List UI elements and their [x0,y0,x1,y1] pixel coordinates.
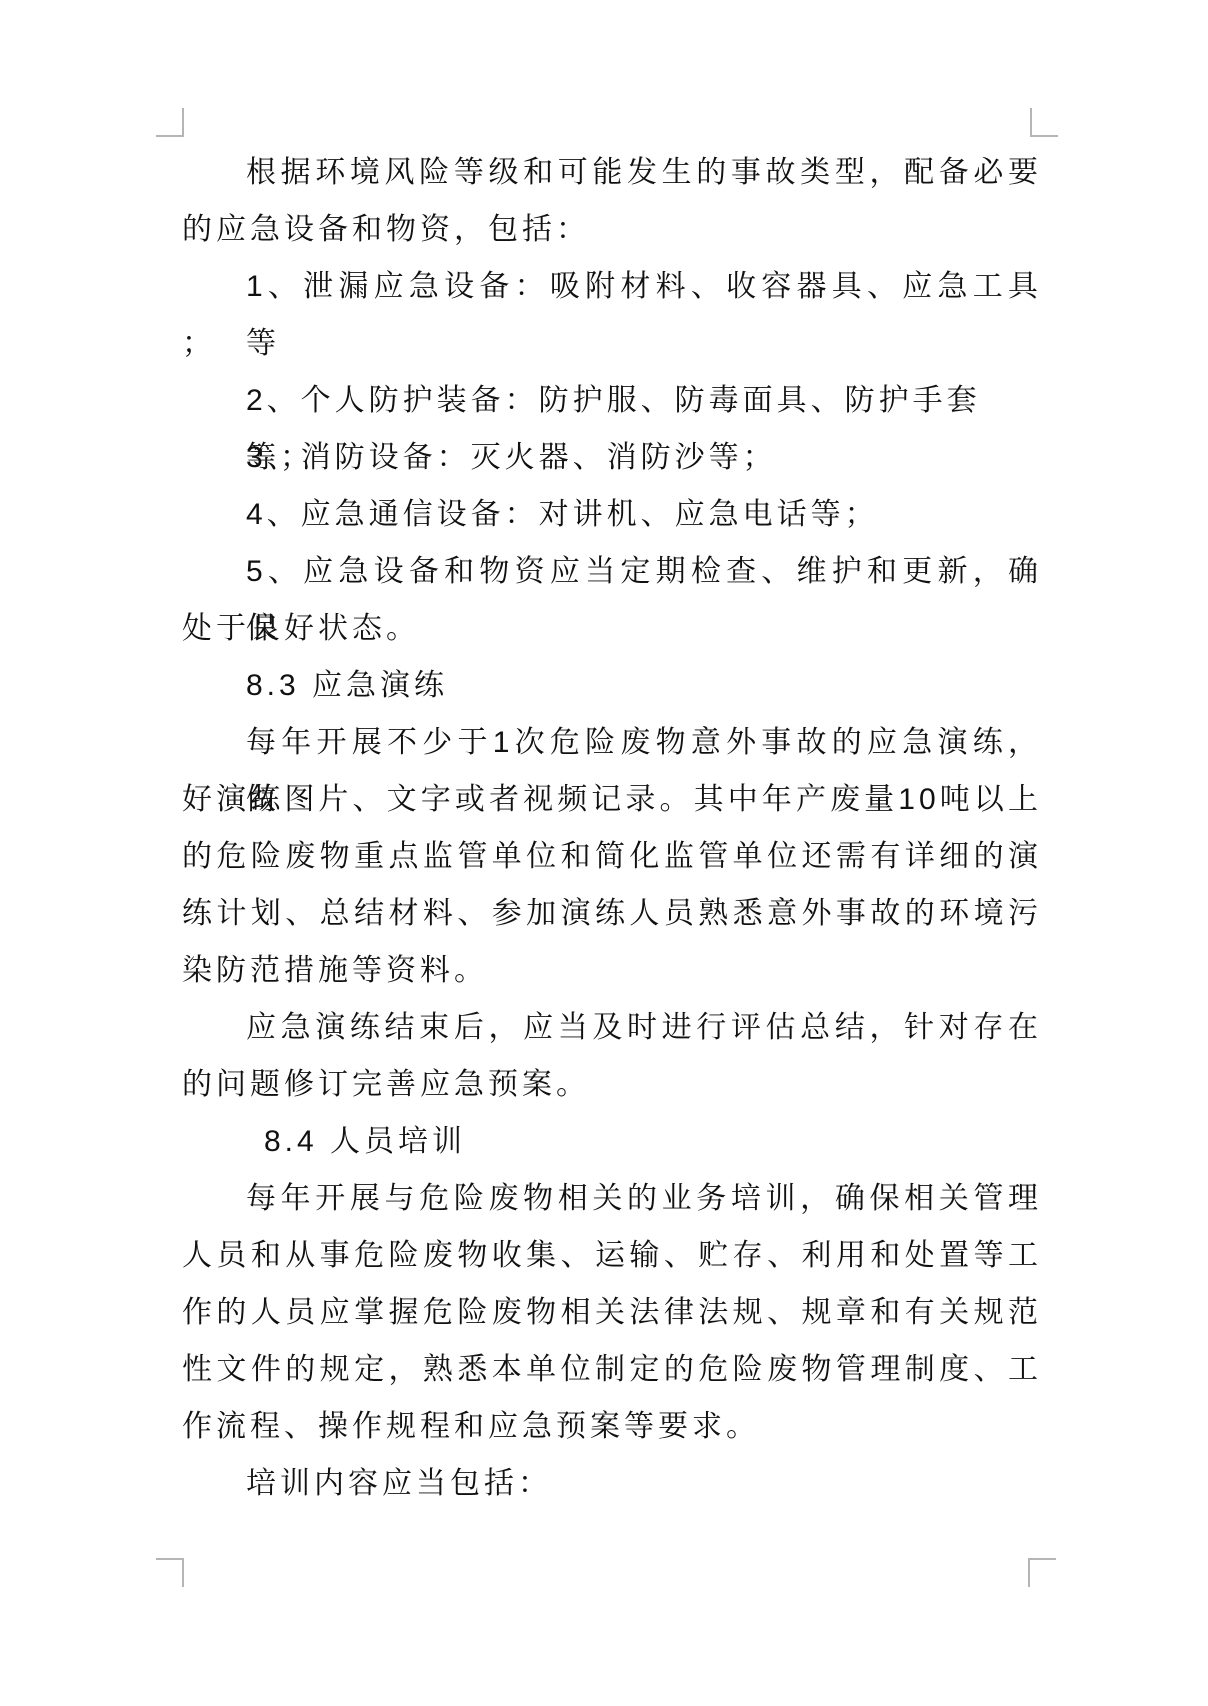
text-line: ； [182,315,1042,372]
section-heading: 8.3 应急演练 [182,657,1042,714]
text-line: 人员和从事危险废物收集、运输、贮存、利用和处置等工 [182,1227,1042,1284]
text-line: 应急演练结束后，应当及时进行评估总结，针对存在 [182,999,1042,1056]
text-line: 的应急设备和物资，包括： [182,201,1042,258]
text-line: 根据环境风险等级和可能发生的事故类型，配备必要 [182,144,1042,201]
text-line: 3、消防设备：灭火器、消防沙等； [182,429,1042,486]
text-block: 根据环境风险等级和可能发生的事故类型，配备必要的应急设备和物资，包括：1、泄漏应… [182,144,1042,1512]
document-page: 根据环境风险等级和可能发生的事故类型，配备必要的应急设备和物资，包括：1、泄漏应… [0,0,1208,1706]
paragraph: 应急演练结束后，应当及时进行评估总结，针对存在的问题修订完善应急预案。 [182,999,1042,1113]
crop-mark-bottom-left-icon [156,1558,184,1587]
paragraph: 1、泄漏应急设备：吸附材料、收容器具、应急工具等； [182,258,1042,372]
text-line: 每年开展与危险废物相关的业务培训，确保相关管理 [182,1170,1042,1227]
paragraph: 根据环境风险等级和可能发生的事故类型，配备必要的应急设备和物资，包括： [182,144,1042,258]
section-heading: 8.4 人员培训 [182,1113,1042,1170]
text-line: 处于良好状态。 [182,600,1042,657]
text-line: 8.4 人员培训 [182,1113,1042,1170]
text-line: 染防范措施等资料。 [182,942,1042,999]
text-line: 练计划、总结材料、参加演练人员熟悉意外事故的环境污 [182,885,1042,942]
text-line: 8.3 应急演练 [182,657,1042,714]
crop-mark-top-left-icon [156,108,184,137]
text-line: 的问题修订完善应急预案。 [182,1056,1042,1113]
paragraph: 培训内容应当包括： [182,1455,1042,1512]
paragraph: 5、应急设备和物资应当定期检查、维护和更新，确保处于良好状态。 [182,543,1042,657]
paragraph: 3、消防设备：灭火器、消防沙等； [182,429,1042,486]
text-line: 1、泄漏应急设备：吸附材料、收容器具、应急工具等 [182,258,1042,315]
text-line: 好演练图片、文字或者视频记录。其中年产废量10吨以上 [182,771,1042,828]
crop-mark-top-right-icon [1030,108,1058,137]
text-line: 的危险废物重点监管单位和简化监管单位还需有详细的演 [182,828,1042,885]
text-line: 作流程、操作规程和应急预案等要求。 [182,1398,1042,1455]
text-line: 培训内容应当包括： [182,1455,1042,1512]
text-line: 每年开展不少于1次危险废物意外事故的应急演练，做 [182,714,1042,771]
text-line: 作的人员应掌握危险废物相关法律法规、规章和有关规范 [182,1284,1042,1341]
text-line: 性文件的规定，熟悉本单位制定的危险废物管理制度、工 [182,1341,1042,1398]
paragraph: 每年开展不少于1次危险废物意外事故的应急演练，做好演练图片、文字或者视频记录。其… [182,714,1042,999]
paragraph: 2、个人防护装备：防护服、防毒面具、防护手套等； [182,372,1042,429]
paragraph: 4、应急通信设备：对讲机、应急电话等； [182,486,1042,543]
crop-mark-bottom-right-icon [1028,1558,1056,1587]
text-line: 4、应急通信设备：对讲机、应急电话等； [182,486,1042,543]
paragraph: 每年开展与危险废物相关的业务培训，确保相关管理人员和从事危险废物收集、运输、贮存… [182,1170,1042,1455]
text-line: 2、个人防护装备：防护服、防毒面具、防护手套等； [182,372,1042,429]
text-line: 5、应急设备和物资应当定期检查、维护和更新，确保 [182,543,1042,600]
